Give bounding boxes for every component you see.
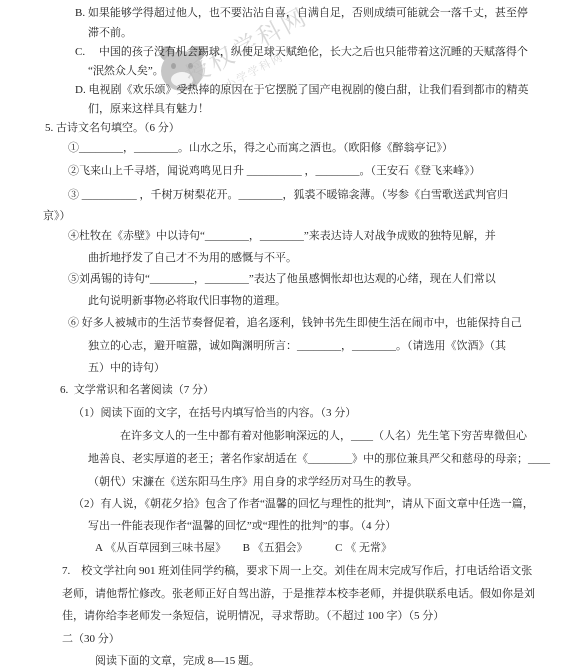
text-line: ④杜牧在《赤壁》中以诗句“________，________”来表达诗人对战争成… — [68, 229, 496, 244]
text-line: 6. 文学常识和名著阅读（7 分） — [60, 383, 214, 398]
text-line: 二（30 分） — [62, 632, 120, 647]
text-line: 此句说明新事物必将取代旧事物的道理。 — [88, 294, 286, 309]
text-line: 在许多文人的一生中都有着对他影响深远的人，____（人名）先生笔下穷苦卑微但心 — [120, 429, 527, 444]
text-line: 曲折地抒发了自己才不为用的感慨与不平。 — [88, 251, 297, 266]
text-line: 阅读下面的文章，完成 8—15 题。 — [95, 654, 260, 669]
text-line: 地善良、老实厚道的老王；著名作家胡适在《________》中的那位兼具严父和慈母… — [88, 452, 550, 467]
exam-paper-page: 授权学科网 中小学学科网 B. 如果能够学得超过他人，也不要沾沾自喜，自满自足，… — [0, 0, 570, 671]
text-line: ①________，________。山水之乐，得之心而寓之酒也。（欧阳修《醉翁… — [68, 141, 453, 156]
text-line: 佳，请你给李老师发一条短信，说明情况，寻求帮助。（不超过 100 字）（5 分） — [62, 609, 444, 624]
text-line: A 《从百草园到三味书屋》 B 《五猖会》 C 《 无常》 — [95, 541, 392, 556]
text-line: （1）阅读下面的文字，在括号内填写恰当的内容。（3 分） — [73, 406, 356, 421]
text-line: 五）中的诗句） — [88, 361, 165, 376]
text-line: 独立的心志，避开喧嚣，诚如陶渊明所言：________，________。（请选… — [88, 339, 506, 354]
text-line: 们，原来这样具有魅力！ — [88, 102, 209, 117]
text-line: 老师，请他帮忙修改。张老师正好自驾出游，于是推荐本校李老师，并提供联系电话。假如… — [62, 587, 535, 602]
text-line: “泯然众人矣”。 — [88, 64, 164, 79]
text-line: ⑥ 好多人被城市的生活节奏督促着，追名逐利，钱钟书先生即使生活在闹市中，也能保持… — [68, 316, 522, 331]
text-line: 7. 校文学社向 901 班刘佳同学约稿，要求下周一上交。刘佳在周末完成写作后，… — [62, 564, 532, 579]
text-line: ②飞来山上千寻塔，闻说鸡鸣见日升 __________ ，________。（王… — [68, 164, 481, 179]
text-line: 写出一件能表现作者“温馨的回忆”或“理性的批判”的事。（4 分） — [88, 519, 396, 534]
text-line: B. 如果能够学得超过他人，也不要沾沾自喜，自满自足，否则成绩可能就会一落千丈，… — [75, 6, 528, 21]
text-line: ③ __________ ，千树万树梨花开。________，狐裘不暖锦衾薄。（… — [68, 188, 508, 203]
text-line: 京》） — [43, 209, 71, 224]
text-line: ⑤刘禹锡的诗句“________，________”表达了他虽感惆怅却也达观的心… — [68, 272, 496, 287]
text-line: （2）有人说，《朝花夕拾》包含了作者“温馨的回忆与理性的批判”，请从下面文章中任… — [73, 497, 534, 512]
text-line: 滞不前。 — [88, 26, 132, 41]
text-line: 5. 古诗文名句填空。（6 分） — [45, 121, 180, 136]
text-line: D. 电视剧《欢乐颂》受热捧的原因在于它摆脱了国产电视剧的傻白甜，让我们看到都市… — [75, 83, 528, 98]
text-line: C. 中国的孩子没有机会踢球，纵使足球天赋绝伦，长大之后也只能带着这沉睡的天赋落… — [75, 45, 528, 60]
text-line: （朝代）宋濂在《送东阳马生序》用自身的求学经历对马生的教导。 — [88, 475, 418, 490]
